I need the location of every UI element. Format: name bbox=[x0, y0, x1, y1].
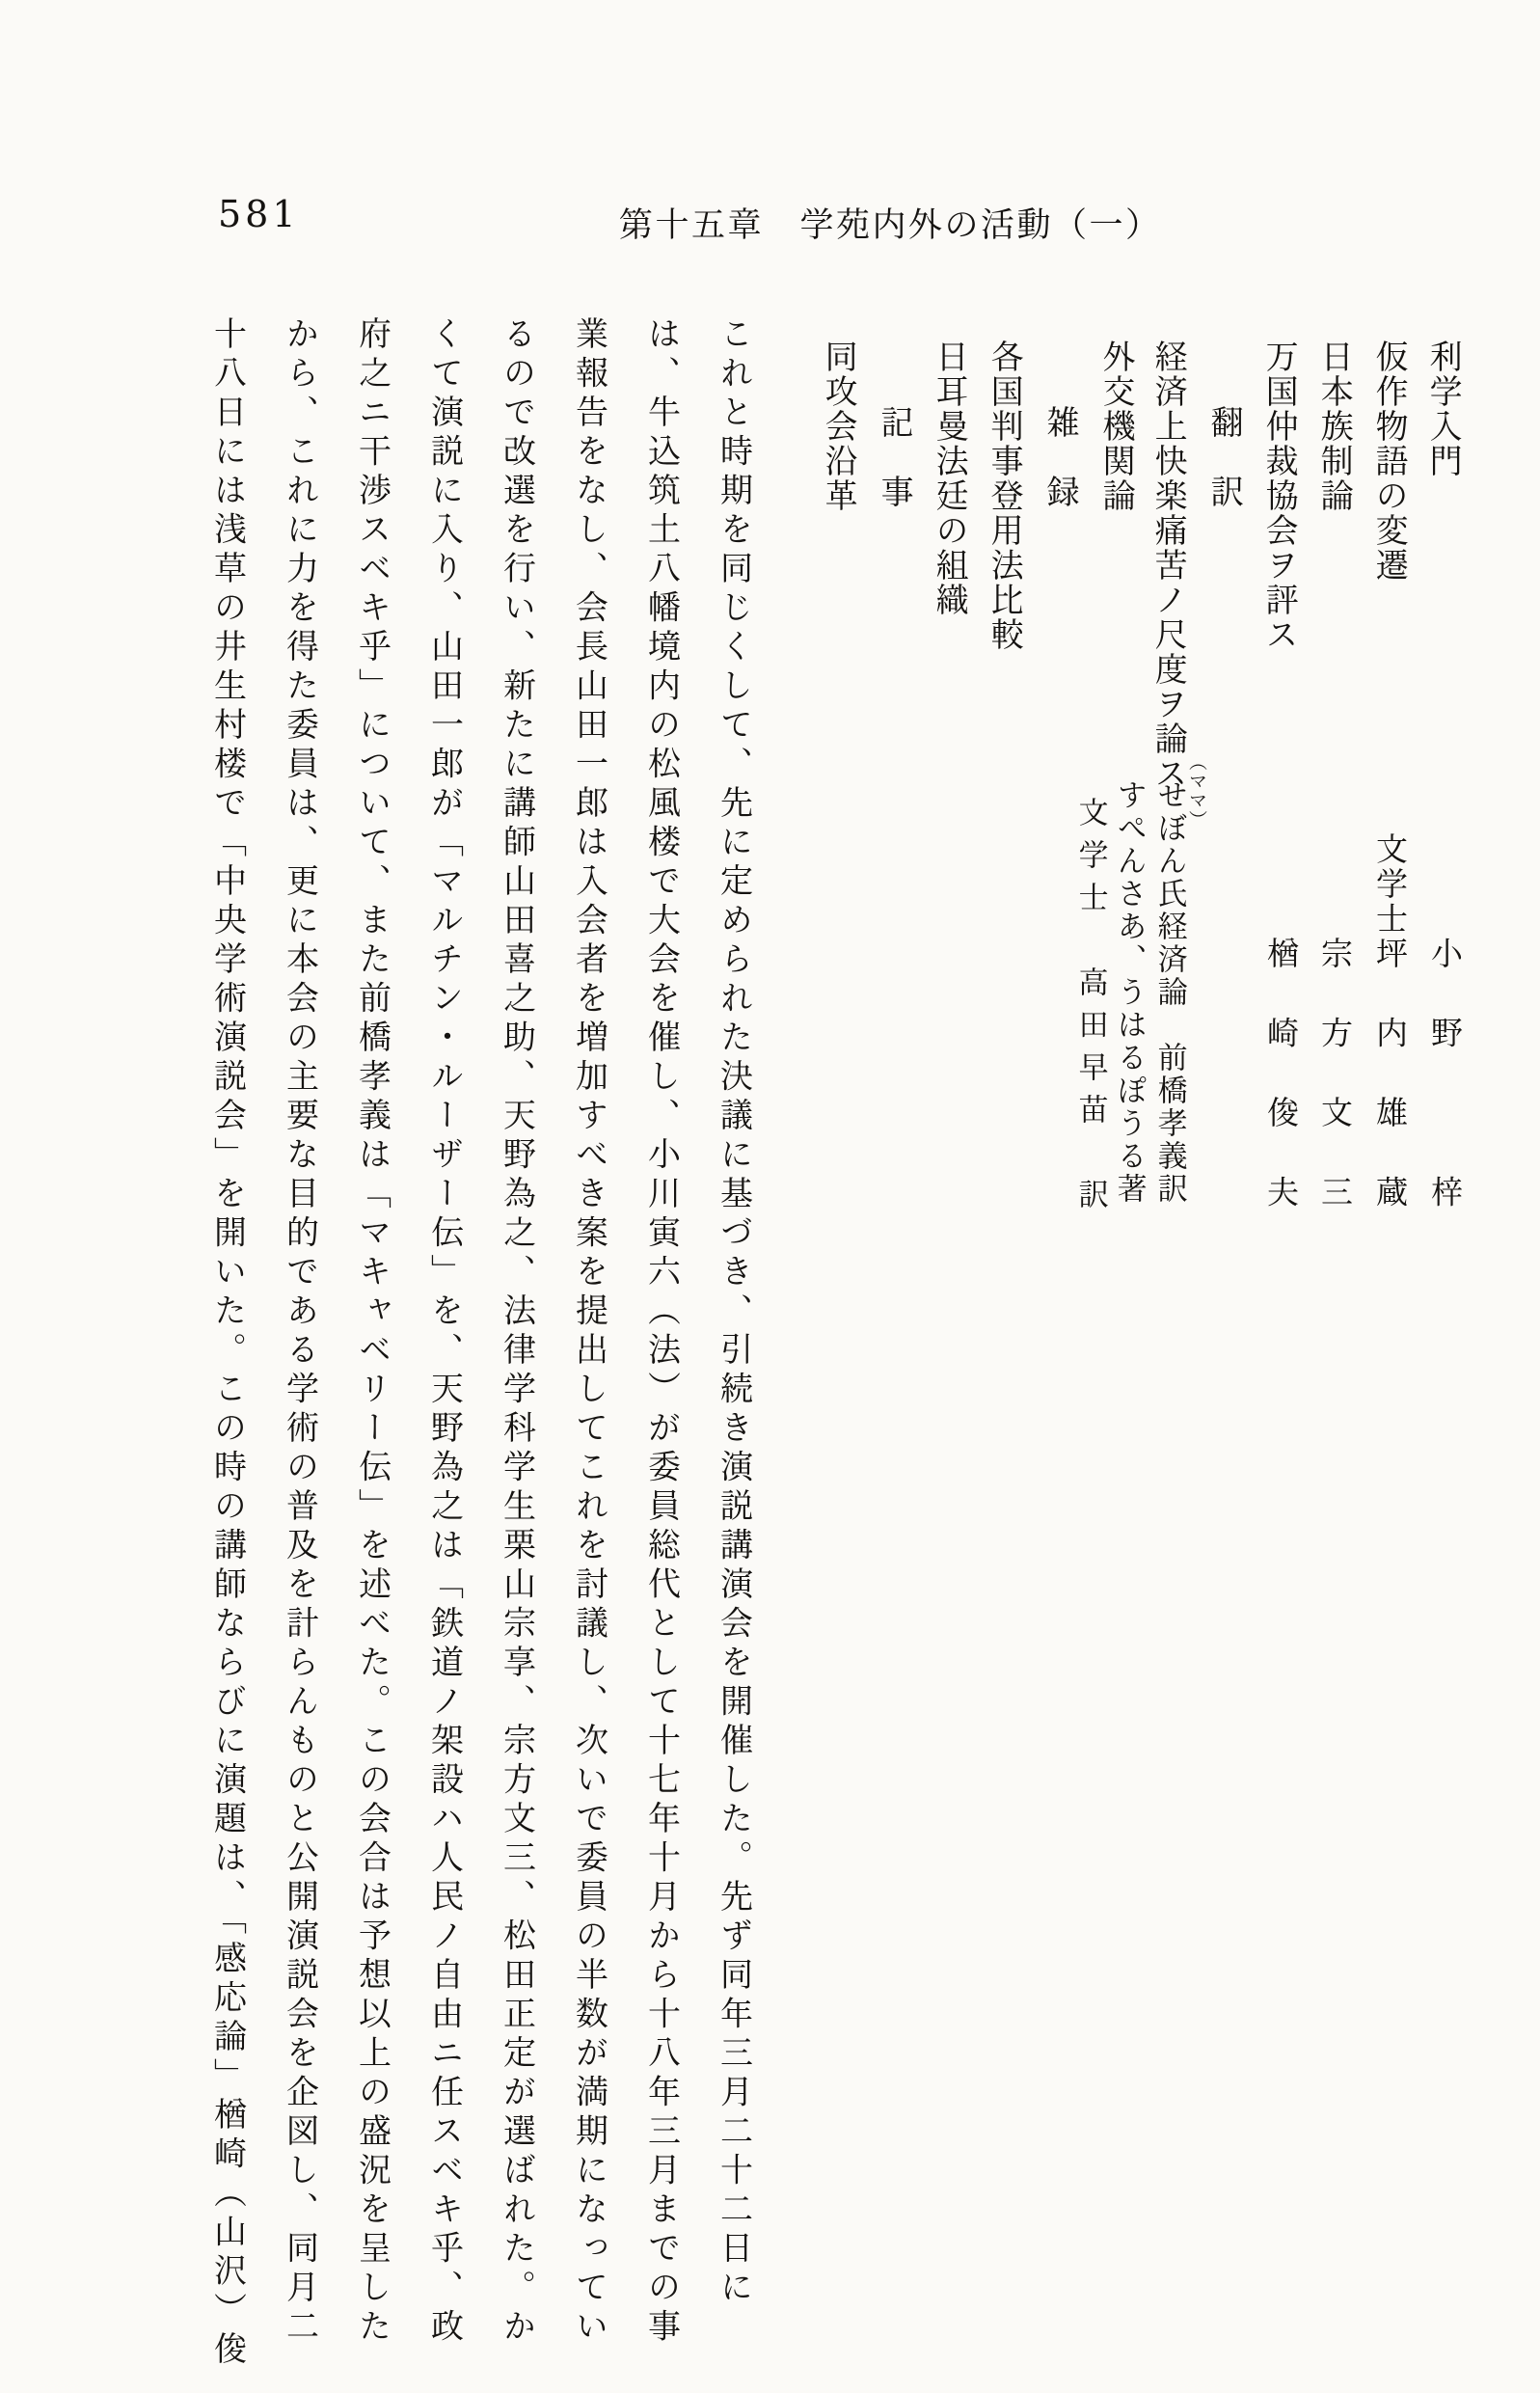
toc-attribution: 文学士 高田早苗 訳 bbox=[1072, 797, 1108, 1221]
toc-author: 小野 梓 bbox=[1425, 937, 1463, 1255]
author-name: 楢崎俊夫 bbox=[1262, 937, 1300, 1255]
toc-attribution: すぺんさあ、うはるぽうる著 bbox=[1111, 779, 1147, 1206]
body-text-line: から、これに力を得た委員は、更に本会の主要な目的である学術の普及を計らんものと公… bbox=[279, 316, 318, 2348]
body-text-line: は、牛込筑土八幡境内の松風楼で大会を催し、小川寅六（法）が委員総代として十七年十… bbox=[640, 316, 680, 2348]
toc-section-heading: 雑 録 bbox=[1040, 405, 1079, 509]
book-page: 581 第十五章 学苑内外の活動（一） 利学入門 仮作物語の変遷 日本族制論 万… bbox=[0, 0, 1540, 2393]
body-text-line: これと時期を同じくして、先に定められた決議に基づき、引続き演説講演会を開催した。… bbox=[713, 316, 752, 2309]
author-degree: 文学士 bbox=[1371, 832, 1409, 937]
toc-author: 文学士坪内雄蔵 bbox=[1370, 832, 1408, 1255]
body-text-line: 十八日には浅草の井生村楼で「中央学術演説会」を開いた。この時の講師ならびに演題は… bbox=[206, 316, 246, 2371]
toc-title: 日本族制論 bbox=[1314, 340, 1353, 513]
toc-title: 仮作物語の変遷 bbox=[1369, 340, 1408, 583]
toc-author: 宗方文三 bbox=[1315, 937, 1353, 1255]
body-text-line: くて演説に入り、山田一郎が「マルチン・ルーザー伝」を、天野為之は「鉄道ノ架設ハ人… bbox=[423, 316, 463, 2348]
chapter-heading: 第十五章 学苑内外の活動（一） bbox=[619, 199, 1162, 247]
sic-note: （ママ） bbox=[1184, 752, 1210, 829]
body-text-line: るので改選を行い、新たに講師山田喜之助、天野為之、法律学科学生栗山宗享、宗方文三… bbox=[496, 316, 535, 2348]
toc-title: 万国仲裁協会ヲ評ス bbox=[1259, 340, 1298, 652]
toc-title: 日耳曼法廷の組織 bbox=[930, 340, 968, 617]
body-text-line: 府之ニ干渉スベキ乎」について、また前橋孝義は「マキャベリー伝」を述べた。この会合… bbox=[351, 316, 391, 2348]
toc-title: 経済上快楽痛苦ノ尺度ヲ論ス bbox=[1148, 340, 1187, 791]
toc-title: 同攻会沿革 bbox=[819, 340, 857, 513]
page-number: 581 bbox=[218, 193, 300, 235]
toc-section-heading: 翻 訳 bbox=[1204, 405, 1243, 509]
toc-title: 利学入門 bbox=[1423, 340, 1462, 478]
toc-author: 楢崎俊夫 bbox=[1261, 937, 1299, 1255]
toc-attribution: せぼん氏経済論 前橋孝義訳 bbox=[1151, 779, 1187, 1206]
author-name: 坪内雄蔵 bbox=[1371, 937, 1409, 1255]
toc-title: 外交機関論 bbox=[1096, 340, 1135, 513]
toc-section-heading: 記 事 bbox=[875, 405, 913, 509]
author-name: 宗方文三 bbox=[1316, 937, 1354, 1255]
toc-title: 各国判事登用法比較 bbox=[985, 340, 1023, 652]
body-text-line: 業報告をなし、会長山田一郎は入会者を増加すべき案を提出してこれを討議し、次いで委… bbox=[568, 316, 608, 2348]
author-name: 小野 梓 bbox=[1426, 937, 1464, 1255]
